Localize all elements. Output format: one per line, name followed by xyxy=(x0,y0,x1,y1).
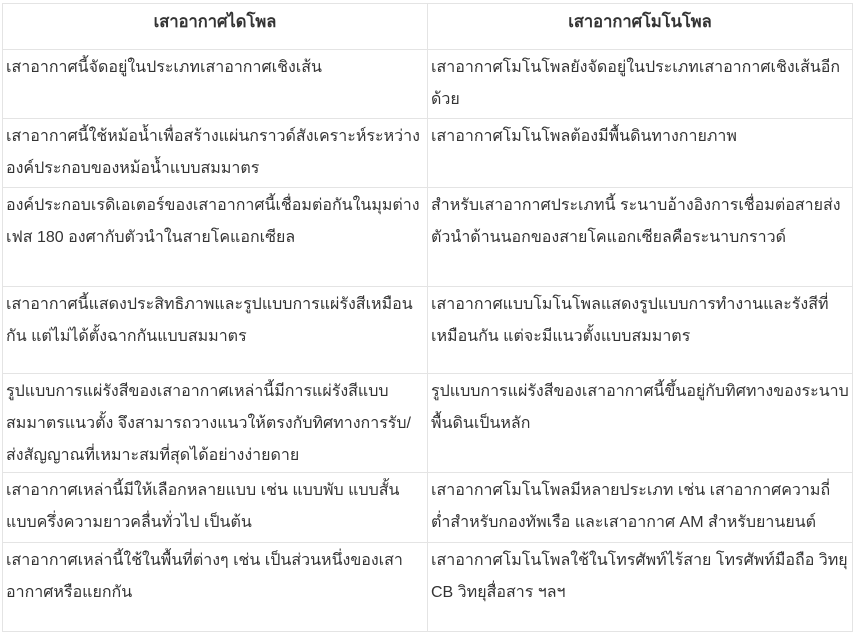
cell-dipole: เสาอากาศเหล่านี้มีให้เลือกหลายแบบ เช่น แ… xyxy=(3,473,428,543)
cell-dipole: องค์ประกอบเรดิเอเตอร์ของเสาอากาศนี้เชื่อ… xyxy=(3,188,428,287)
cell-dipole: เสาอากาศเหล่านี้ใช้ในพื้นที่ต่างๆ เช่น เ… xyxy=(3,543,428,624)
table-row: เสาอากาศเหล่านี้มีให้เลือกหลายแบบ เช่น แ… xyxy=(3,473,853,543)
cell-monopole: เสาอากาศโมโนโพลใช้ในโทรศัพท์ไร้สาย โทรศั… xyxy=(428,543,853,624)
cell-monopole: เสาอากาศโมโนโพลยังจัดอยู่ในประเภทเสาอากา… xyxy=(428,50,853,119)
cell-monopole: เสาอากาศโมโนโพลมีหลายประเภท เช่น เสาอากา… xyxy=(428,473,853,543)
cell-monopole: เสาอากาศแบบโมโนโพลแสดงรูปแบบการทำงานและร… xyxy=(428,287,853,374)
cell-dipole: รูปแบบการแผ่รังสีของเสาอากาศเหล่านี้มีกา… xyxy=(3,374,428,473)
comparison-table-container: เสาอากาศไดโพล เสาอากาศโมโนโพล เสาอากาศนี… xyxy=(2,3,852,623)
table-header-row: เสาอากาศไดโพล เสาอากาศโมโนโพล xyxy=(3,4,853,50)
cell-dipole: เสาอากาศนี้แสดงประสิทธิภาพและรูปแบบการแผ… xyxy=(3,287,428,374)
header-monopole: เสาอากาศโมโนโพล xyxy=(428,4,853,50)
table-row: เสาอากาศเหล่านี้ใช้ในพื้นที่ต่างๆ เช่น เ… xyxy=(3,543,853,624)
header-dipole: เสาอากาศไดโพล xyxy=(3,4,428,50)
table-row: รูปแบบการแผ่รังสีของเสาอากาศเหล่านี้มีกา… xyxy=(3,374,853,473)
cell-monopole: รูปแบบการแผ่รังสีของเสาอากาศนี้ขึ้นอยู่ก… xyxy=(428,374,853,473)
cell-monopole: สำหรับเสาอากาศประเภทนี้ ระนาบอ้างอิงการเ… xyxy=(428,188,853,287)
table-row: เสาอากาศนี้จัดอยู่ในประเภทเสาอากาศเชิงเส… xyxy=(3,50,853,119)
table-row: องค์ประกอบเรดิเอเตอร์ของเสาอากาศนี้เชื่อ… xyxy=(3,188,853,287)
cell-monopole: เสาอากาศโมโนโพลต้องมีพื้นดินทางกายภาพ xyxy=(428,119,853,188)
table-row: เสาอากาศนี้แสดงประสิทธิภาพและรูปแบบการแผ… xyxy=(3,287,853,374)
cell-dipole: เสาอากาศนี้จัดอยู่ในประเภทเสาอากาศเชิงเส… xyxy=(3,50,428,119)
dipole-vs-monopole-table: เสาอากาศไดโพล เสาอากาศโมโนโพล เสาอากาศนี… xyxy=(2,3,853,623)
table-row: เสาอากาศนี้ใช้หม้อน้ำเพื่อสร้างแผ่นกราวด… xyxy=(3,119,853,188)
cell-dipole: เสาอากาศนี้ใช้หม้อน้ำเพื่อสร้างแผ่นกราวด… xyxy=(3,119,428,188)
